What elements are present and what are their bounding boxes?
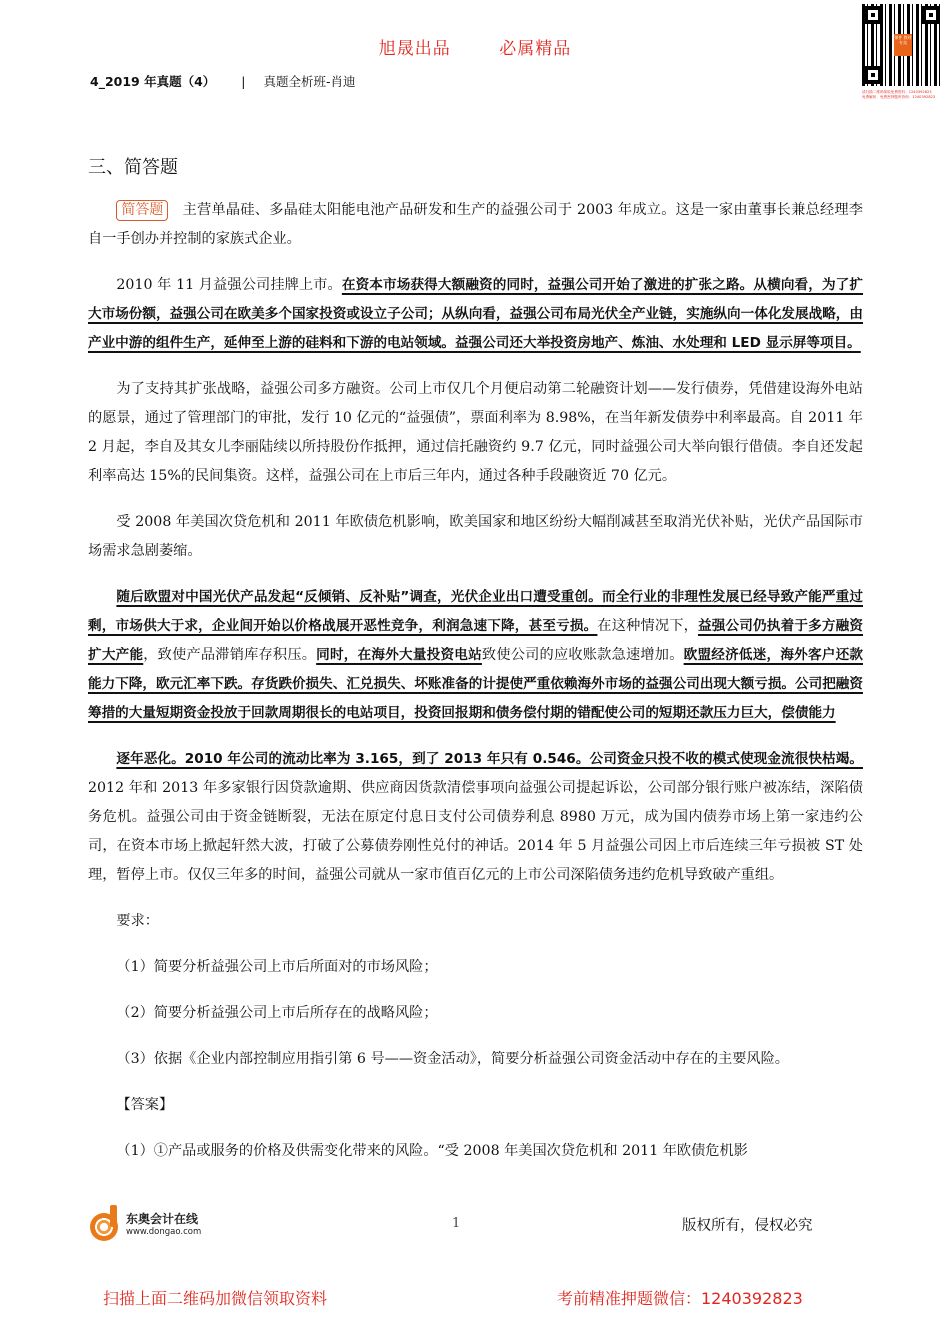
brand-slogan-left: 旭晟出品 xyxy=(379,34,451,59)
header-separator: | xyxy=(241,74,245,89)
promo-wechat: 考前精准押题微信：1240392823 xyxy=(557,1286,803,1309)
highlighted-text: 逐年恶化。2010 年公司的流动比率为 3.165，到了 2013 年只有 0.… xyxy=(116,751,863,767)
logo-name: 东奥会计在线 xyxy=(126,1212,201,1226)
qr-center-label: 课件 教材 专卖 xyxy=(894,34,912,56)
question-body: 简答题主营单晶硅、多晶硅太阳能电池产品研发和生产的益强公司于 2003 年成立。… xyxy=(88,196,863,1183)
highlighted-text: 同时，在海外大量投资电站 xyxy=(316,647,482,663)
paragraph-text: 2010 年 11 月益强公司挂牌上市。 xyxy=(116,277,341,293)
dongao-logo: 东奥会计在线 www.dongao.com xyxy=(88,1205,201,1245)
course-name: 真题全析班-肖迪 xyxy=(263,74,355,89)
page-number: 1 xyxy=(452,1216,460,1231)
paragraph-expansion: 2010 年 11 月益强公司挂牌上市。在资本市场获得大额融资的同时，益强公司开… xyxy=(88,271,863,358)
requirements-label: 要求： xyxy=(88,907,863,936)
paragraph-text: 受 2008 年美国次贷危机和 2011 年欧债危机影响，欧美国家和地区纷纷大幅… xyxy=(88,514,863,559)
requirement-item: （3）依据《企业内部控制应用指引第 6 号——资金活动》，简要分析益强公司资金活… xyxy=(88,1045,863,1074)
paragraph-text: 在这种情况下， xyxy=(597,618,698,634)
requirement-item: （1）简要分析益强公司上市后所面对的市场风险； xyxy=(88,953,863,982)
requirement-item: （2）简要分析益强公司上市后所存在的战略风险； xyxy=(88,999,863,1028)
dongao-logo-icon xyxy=(88,1205,122,1245)
answer-first-line: （1）①产品或服务的价格及供需变化带来的风险。“受 2008 年美国次贷危机和 … xyxy=(88,1137,863,1166)
qr-finder-icon xyxy=(922,6,940,24)
paragraph-text: 主营单晶硅、多晶硅太阳能电池产品研发和生产的益强公司于 2003 年成立。这是一… xyxy=(88,202,863,247)
paragraph-financing: 为了支持其扩张战略，益强公司多方融资。公司上市仅几个月便启动第二轮融资计划——发… xyxy=(88,375,863,491)
paragraph-text: 为了支持其扩张战略，益强公司多方融资。公司上市仅几个月便启动第二轮融资计划——发… xyxy=(88,381,863,484)
paragraph-risks: 随后欧盟对中国光伏产品发起“反倾销、反补贴”调查，光伏企业出口遭受重创。而全行业… xyxy=(88,583,863,728)
qr-finder-icon xyxy=(864,6,882,24)
qr-code-block: 课件 教材 专卖 请扫描二维码领取免费资料：1240392823 免费解析、免费… xyxy=(862,4,944,106)
paragraph-text: ，致使产品滞销库存积压。 xyxy=(143,647,316,663)
brand-slogan-right: 必属精品 xyxy=(499,34,571,59)
document-title: 4_2019 年真题（4） xyxy=(90,74,215,89)
page-header: 4_2019 年真题（4） | 真题全析班-肖迪 xyxy=(90,72,356,90)
brand-slogan: 旭晟出品 必属精品 xyxy=(0,34,950,59)
paragraph-text: 2012 年和 2013 年多家银行因贷款逾期、供应商因货款清偿事项向益强公司提… xyxy=(88,780,863,883)
paragraph-text: 致使公司的应收账款急速增加。 xyxy=(482,647,684,663)
paragraph-crisis: 受 2008 年美国次贷危机和 2011 年欧债危机影响，欧美国家和地区纷纷大幅… xyxy=(88,508,863,566)
question-type-badge: 简答题 xyxy=(116,200,168,221)
paragraph-intro: 简答题主营单晶硅、多晶硅太阳能电池产品研发和生产的益强公司于 2003 年成立。… xyxy=(88,196,863,254)
qr-code-icon: 课件 教材 专卖 xyxy=(862,4,942,86)
paragraph-outcome: 逐年恶化。2010 年公司的流动比率为 3.165，到了 2013 年只有 0.… xyxy=(88,745,863,890)
promo-scan-qr: 扫描上面二维码加微信领取资料 xyxy=(103,1286,327,1309)
copyright-notice: 版权所有，侵权必究 xyxy=(682,1214,813,1235)
qr-finder-icon xyxy=(864,66,882,84)
requirements: 要求： （1）简要分析益强公司上市后所面对的市场风险； （2）简要分析益强公司上… xyxy=(88,907,863,1166)
section-title: 三、简答题 xyxy=(88,153,178,179)
qr-caption-2: 免费解析、免费密押题库咨询：1240392823 xyxy=(862,95,944,100)
answer-label: 【答案】 xyxy=(88,1091,863,1120)
logo-url: www.dongao.com xyxy=(126,1226,201,1238)
